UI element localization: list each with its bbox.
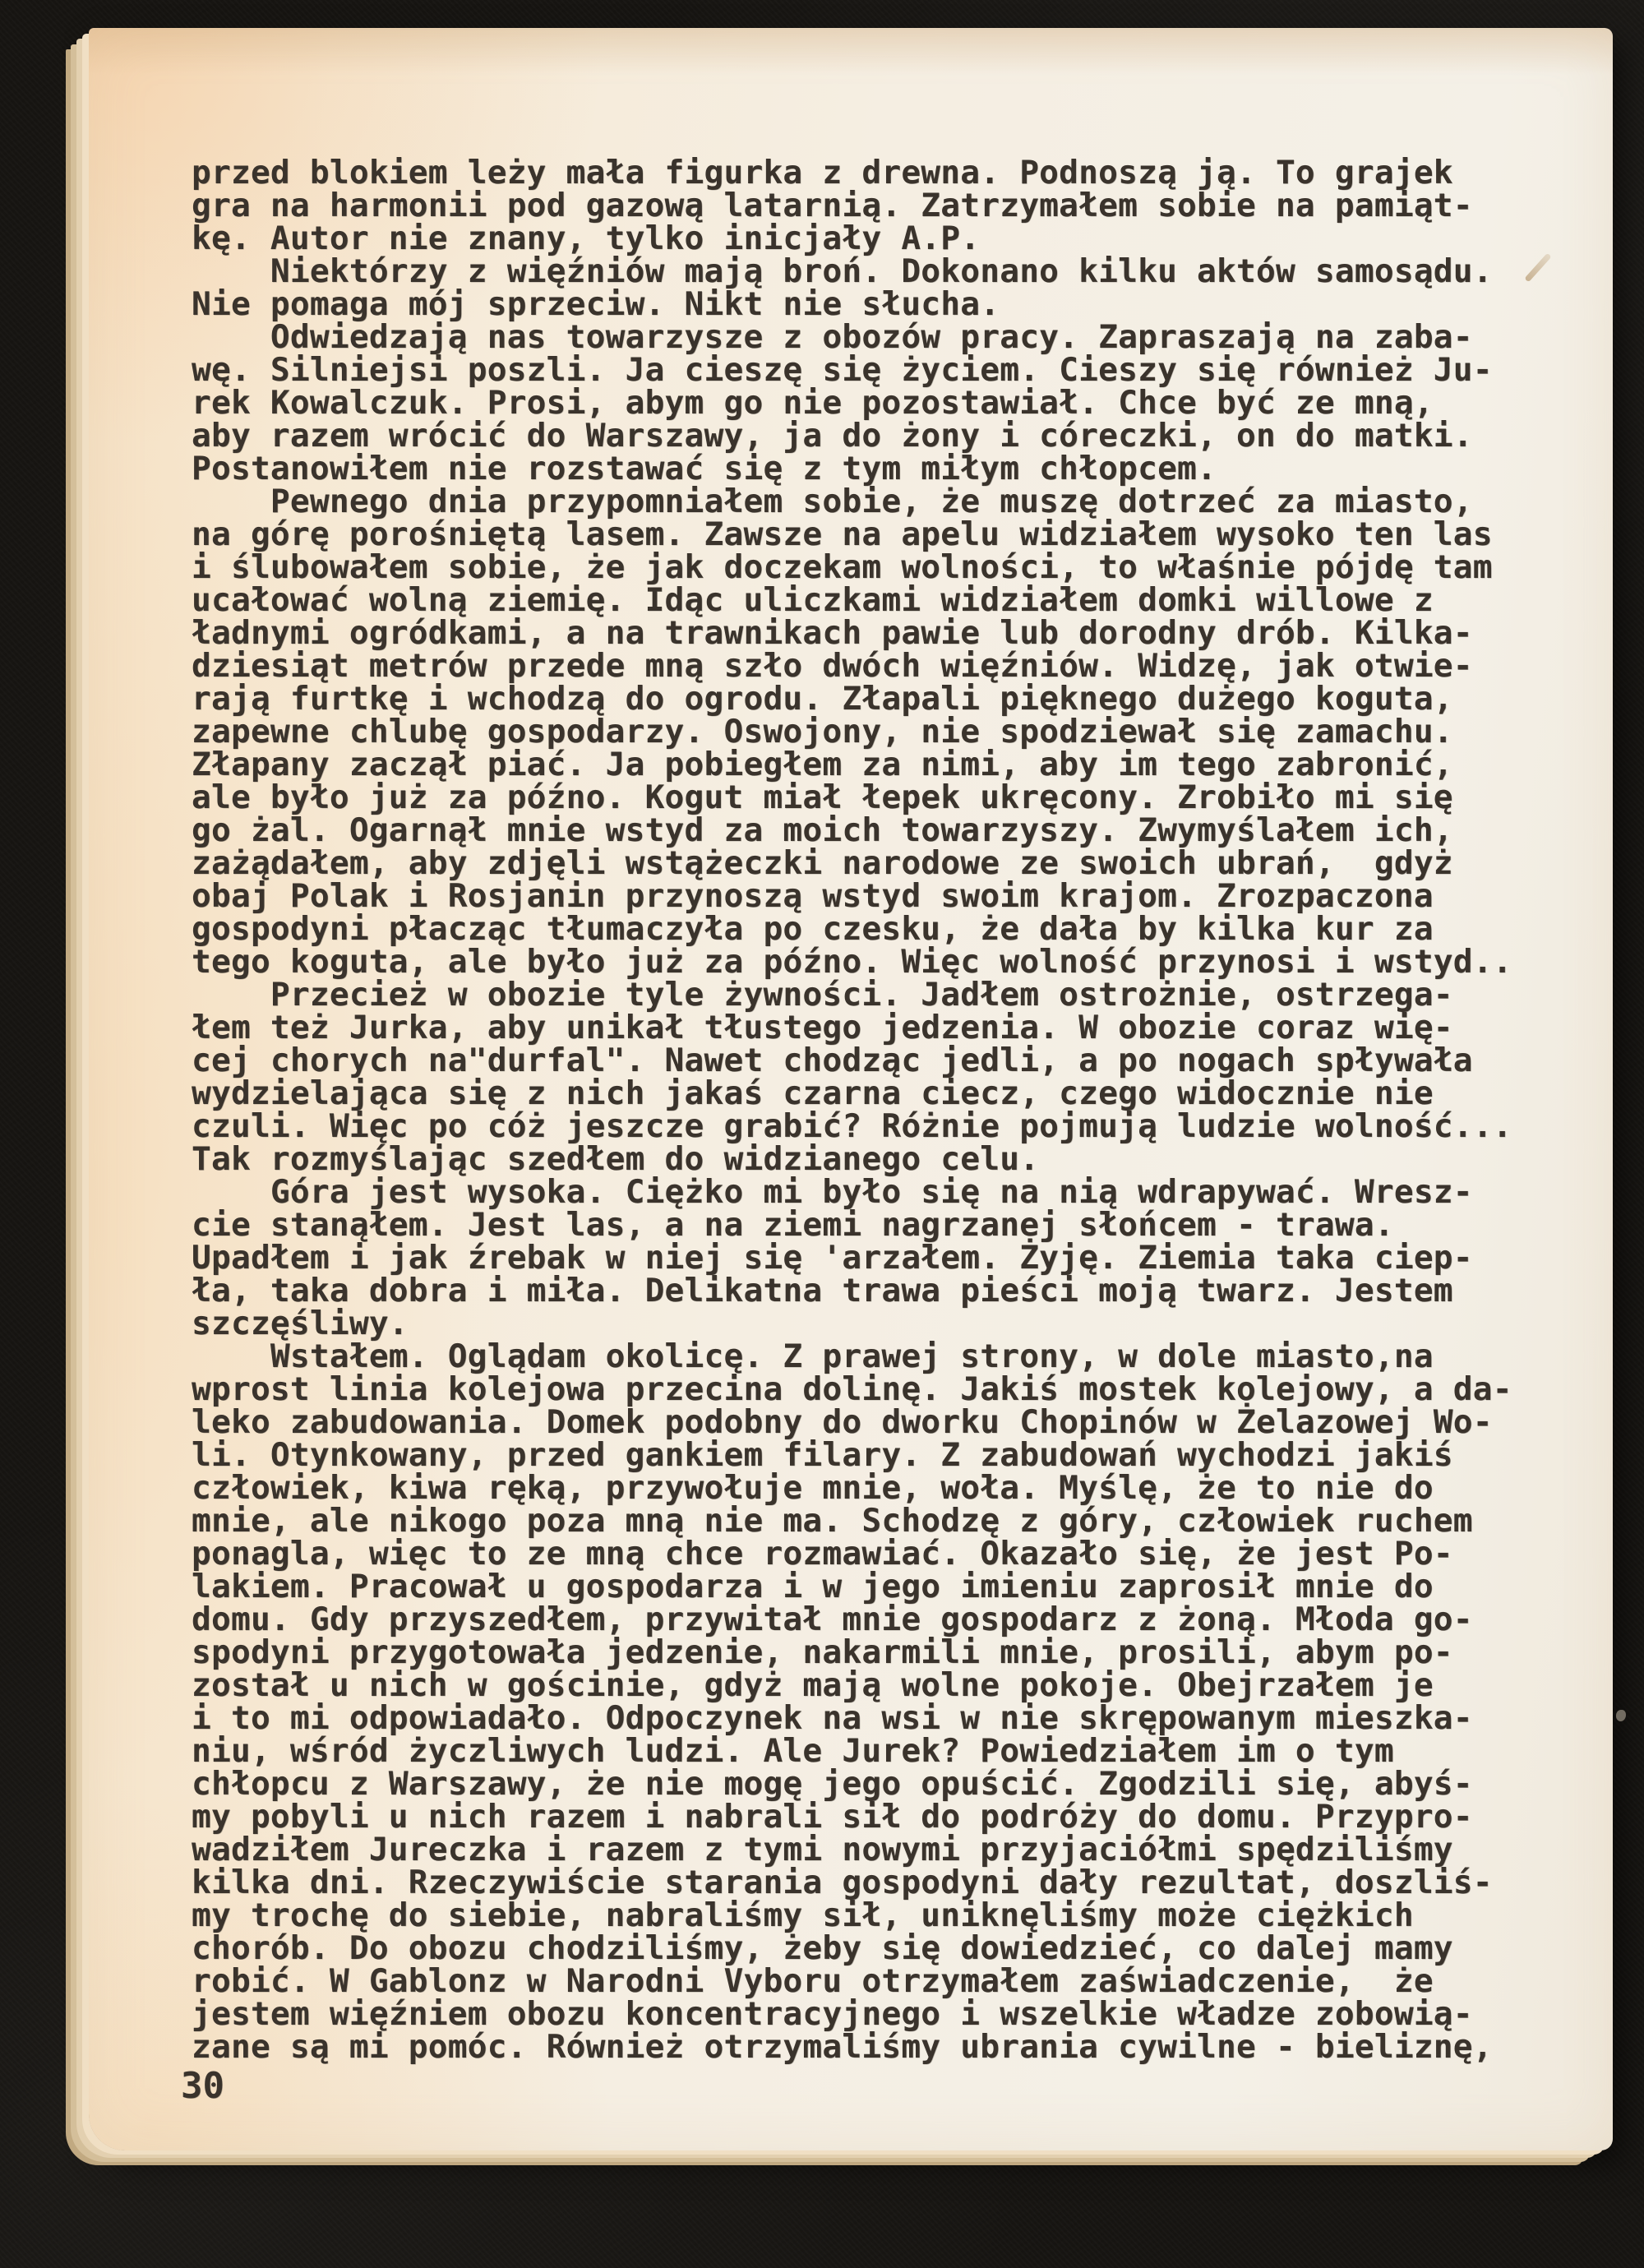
book-page: przed blokiem leży mała figurka z drewna… xyxy=(89,28,1613,2150)
typewritten-text: przed blokiem leży mała figurka z drewna… xyxy=(192,156,1548,2063)
page-number: 30 xyxy=(181,2065,224,2107)
